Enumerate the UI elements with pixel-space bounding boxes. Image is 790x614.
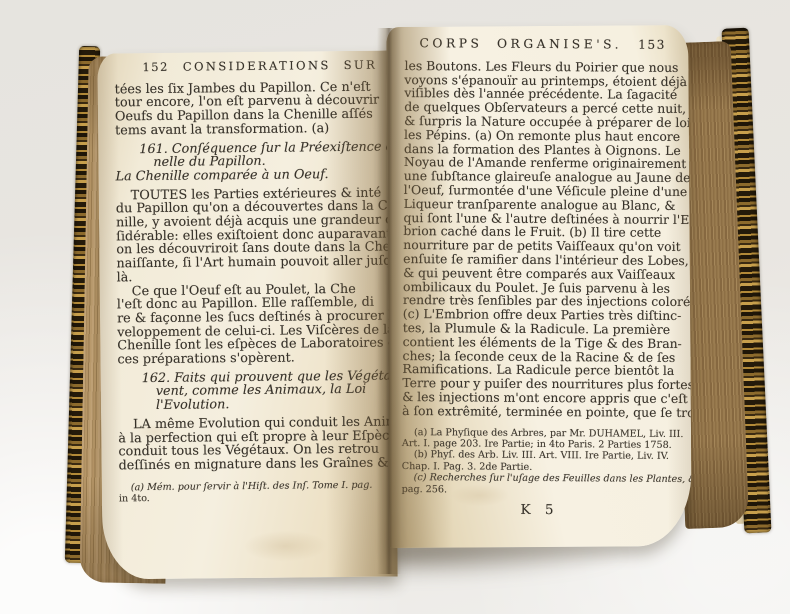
text-line: naiſſante, ſi l'Art humain pouvoit aller…	[116, 255, 378, 271]
right-running-title: CORPS ORGANISE'S.	[419, 37, 622, 52]
left-page-text: 152 CONSIDERATIONS SUR LES tées les ſix …	[114, 59, 381, 562]
left-page: 152 CONSIDERATIONS SUR LES tées les ſix …	[97, 50, 397, 579]
right-running-head: CORPS ORGANISE'S. 153	[405, 37, 681, 53]
text-line: à ſon extrêmité, terminée en pointe, que…	[402, 404, 678, 420]
left-running-head: 152 CONSIDERATIONS SUR LES	[114, 59, 376, 75]
text-line: deſſinés en mignature dans les Graînes &…	[119, 457, 381, 473]
signature-mark: K 5	[401, 503, 677, 519]
text-line: La Chenille comparée à un Oeuf.	[115, 168, 377, 184]
text-line: tems avant la transformation. (a)	[115, 121, 377, 137]
text-line: l'Evolution.	[118, 397, 380, 413]
text-line: ces préparations s'opèrent.	[117, 351, 379, 367]
left-page-number: 152	[142, 61, 169, 75]
right-page-text: CORPS ORGANISE'S. 153 les Boutons. Les F…	[401, 37, 680, 539]
right-page: CORPS ORGANISE'S. 153 les Boutons. Les F…	[386, 25, 692, 548]
right-body-text: les Boutons. Les Fleurs du Poirier que n…	[402, 59, 680, 420]
right-page-number: 153	[638, 39, 666, 53]
left-footnotes: (a) Mém. pour ſervir à l'Hiſt. des Inſ. …	[119, 479, 381, 505]
text-line: pag. 256.	[402, 484, 678, 497]
left-running-title: CONSIDERATIONS SUR LES	[183, 58, 398, 74]
right-footnotes: (a) La Phyſique des Arbres, par Mr. DUHA…	[402, 427, 678, 497]
left-body-text: tées les ſix Jambes du Papillon. Ce n'eſ…	[115, 80, 381, 473]
photo-background: 152 CONSIDERATIONS SUR LES tées les ſix …	[0, 0, 790, 614]
